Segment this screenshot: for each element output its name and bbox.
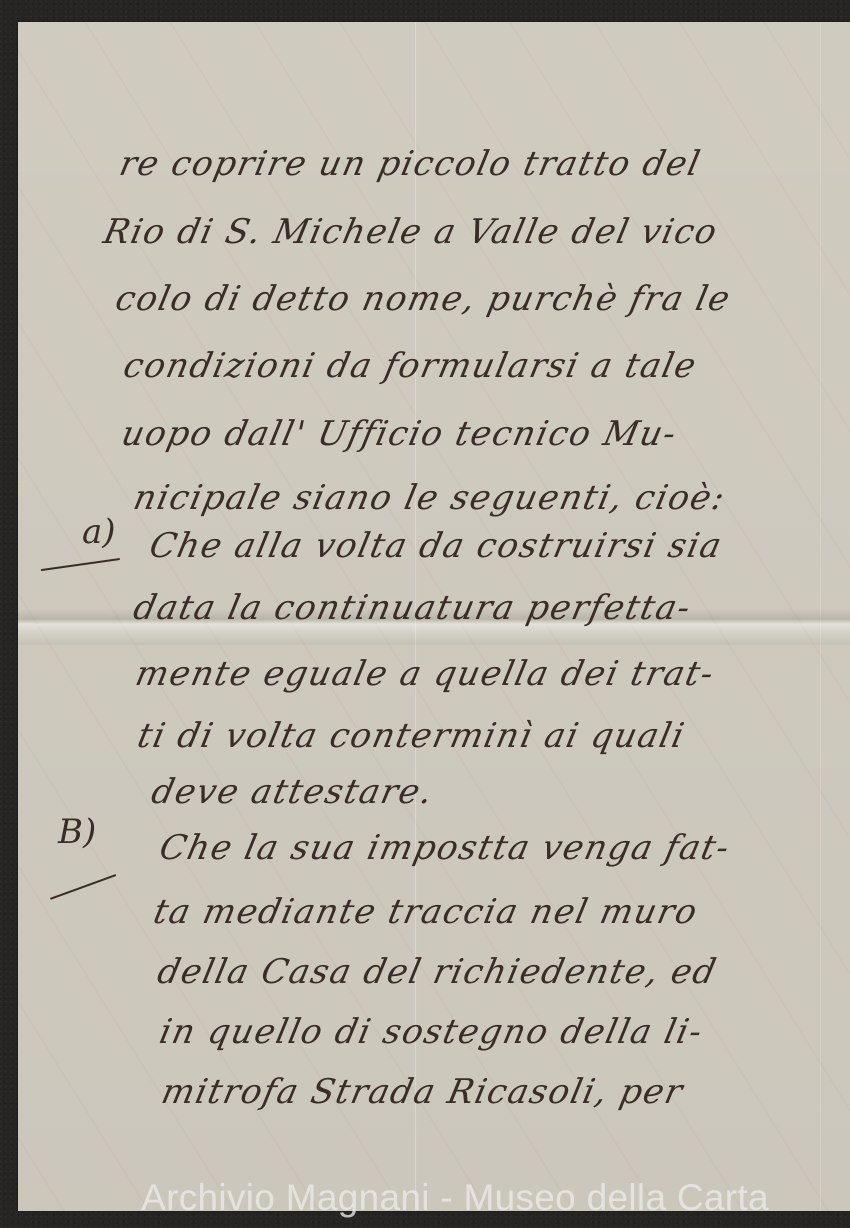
archive-watermark: Archivio Magnani - Museo della Carta (0, 1177, 850, 1219)
text-line-6: nicipale siano le seguenti, cioè: (130, 478, 729, 518)
text-line-13: ta mediante traccia nel muro (150, 892, 702, 932)
text-line-12: Che la sua impostta venga fat- (156, 828, 734, 868)
text-line-4: condizioni da formularsi a tale (120, 346, 701, 386)
text-line-15: in quello di sostegno della li- (156, 1012, 707, 1052)
text-line-9: mente eguale a quella dei trat- (132, 654, 718, 694)
manuscript-page: re coprire un piccolo tratto del Rio di … (18, 22, 850, 1211)
text-line-3: colo di detto nome, purchè fra le (112, 279, 735, 319)
list-marker-b: B) (58, 812, 96, 852)
text-line-10: ti di volta conterminì ai quali (134, 716, 689, 756)
text-line-11: deve attestare. (148, 772, 437, 812)
handwritten-text: re coprire un piccolo tratto del Rio di … (18, 22, 850, 1211)
text-line-14: della Casa del richiedente, ed (154, 952, 721, 992)
marker-flourish-b (50, 874, 116, 900)
text-line-16: mitrofa Strada Ricasoli, per (158, 1072, 687, 1112)
text-line-8: data la continuatura perfetta- (130, 588, 695, 628)
text-line-1: re coprire un piccolo tratto del (116, 144, 705, 184)
text-line-5: uopo dall' Ufficio tecnico Mu- (118, 414, 681, 454)
marker-flourish-a (41, 558, 120, 571)
list-marker-a: a) (82, 512, 116, 552)
text-line-2: Rio di S. Michele a Valle del vico (100, 212, 722, 252)
text-line-7: Che alla volta da costruirsi sia (146, 526, 726, 566)
